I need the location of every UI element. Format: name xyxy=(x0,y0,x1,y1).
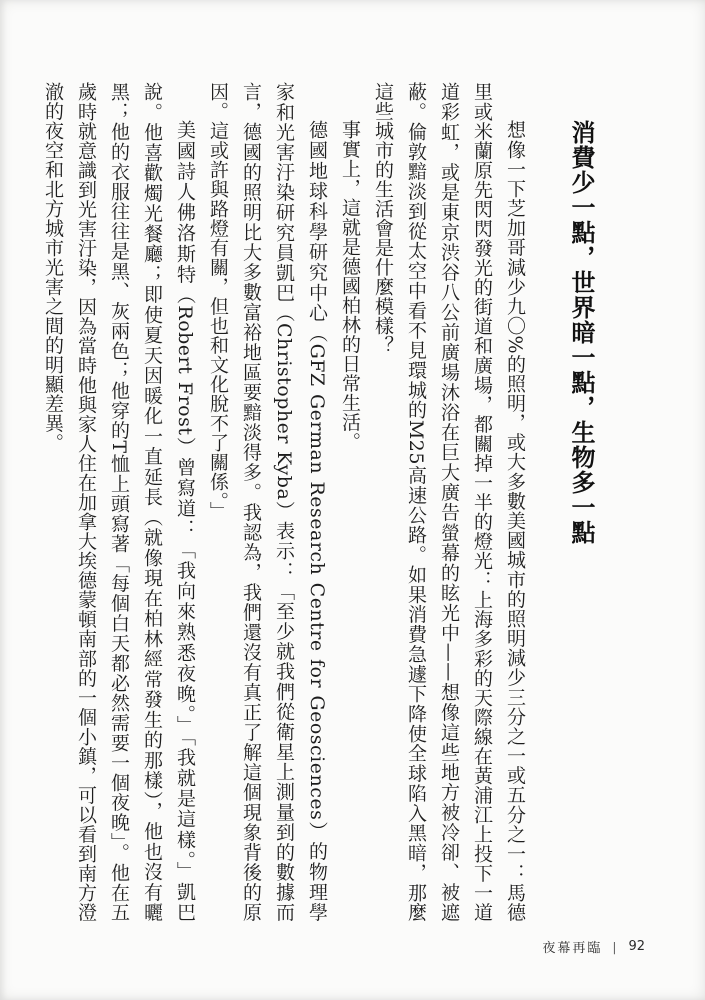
paragraph-3: 德國地球科學研究中心（GFZ German Research Centre fo… xyxy=(201,82,333,922)
paragraph-4: 美國詩人佛洛斯特（Robert Frost）曾寫道：「我向來熟悉夜晚。」「我就是… xyxy=(36,82,201,922)
footer-page-number: 92 xyxy=(628,939,645,954)
footer-book-title: 夜幕再臨 xyxy=(542,937,602,956)
footer-separator: | xyxy=(612,940,618,954)
paragraph-1: 想像一下芝加哥減少九〇%的照明，或大多數美國城市的照明減少三分之一或五分之一：馬… xyxy=(366,82,531,922)
vertical-text-block: 消費少一點，世界暗一點，生物多一點 想像一下芝加哥減少九〇%的照明，或大多數美國… xyxy=(36,82,643,922)
chapter-title: 消費少一點，世界暗一點，生物多一點 xyxy=(561,82,601,922)
running-footer: 夜幕再臨 | 92 xyxy=(542,937,645,956)
paragraph-2: 事實上，這就是德國柏林的日常生活。 xyxy=(333,82,366,922)
book-page: 消費少一點，世界暗一點，生物多一點 想像一下芝加哥減少九〇%的照明，或大多數美國… xyxy=(0,0,705,1000)
